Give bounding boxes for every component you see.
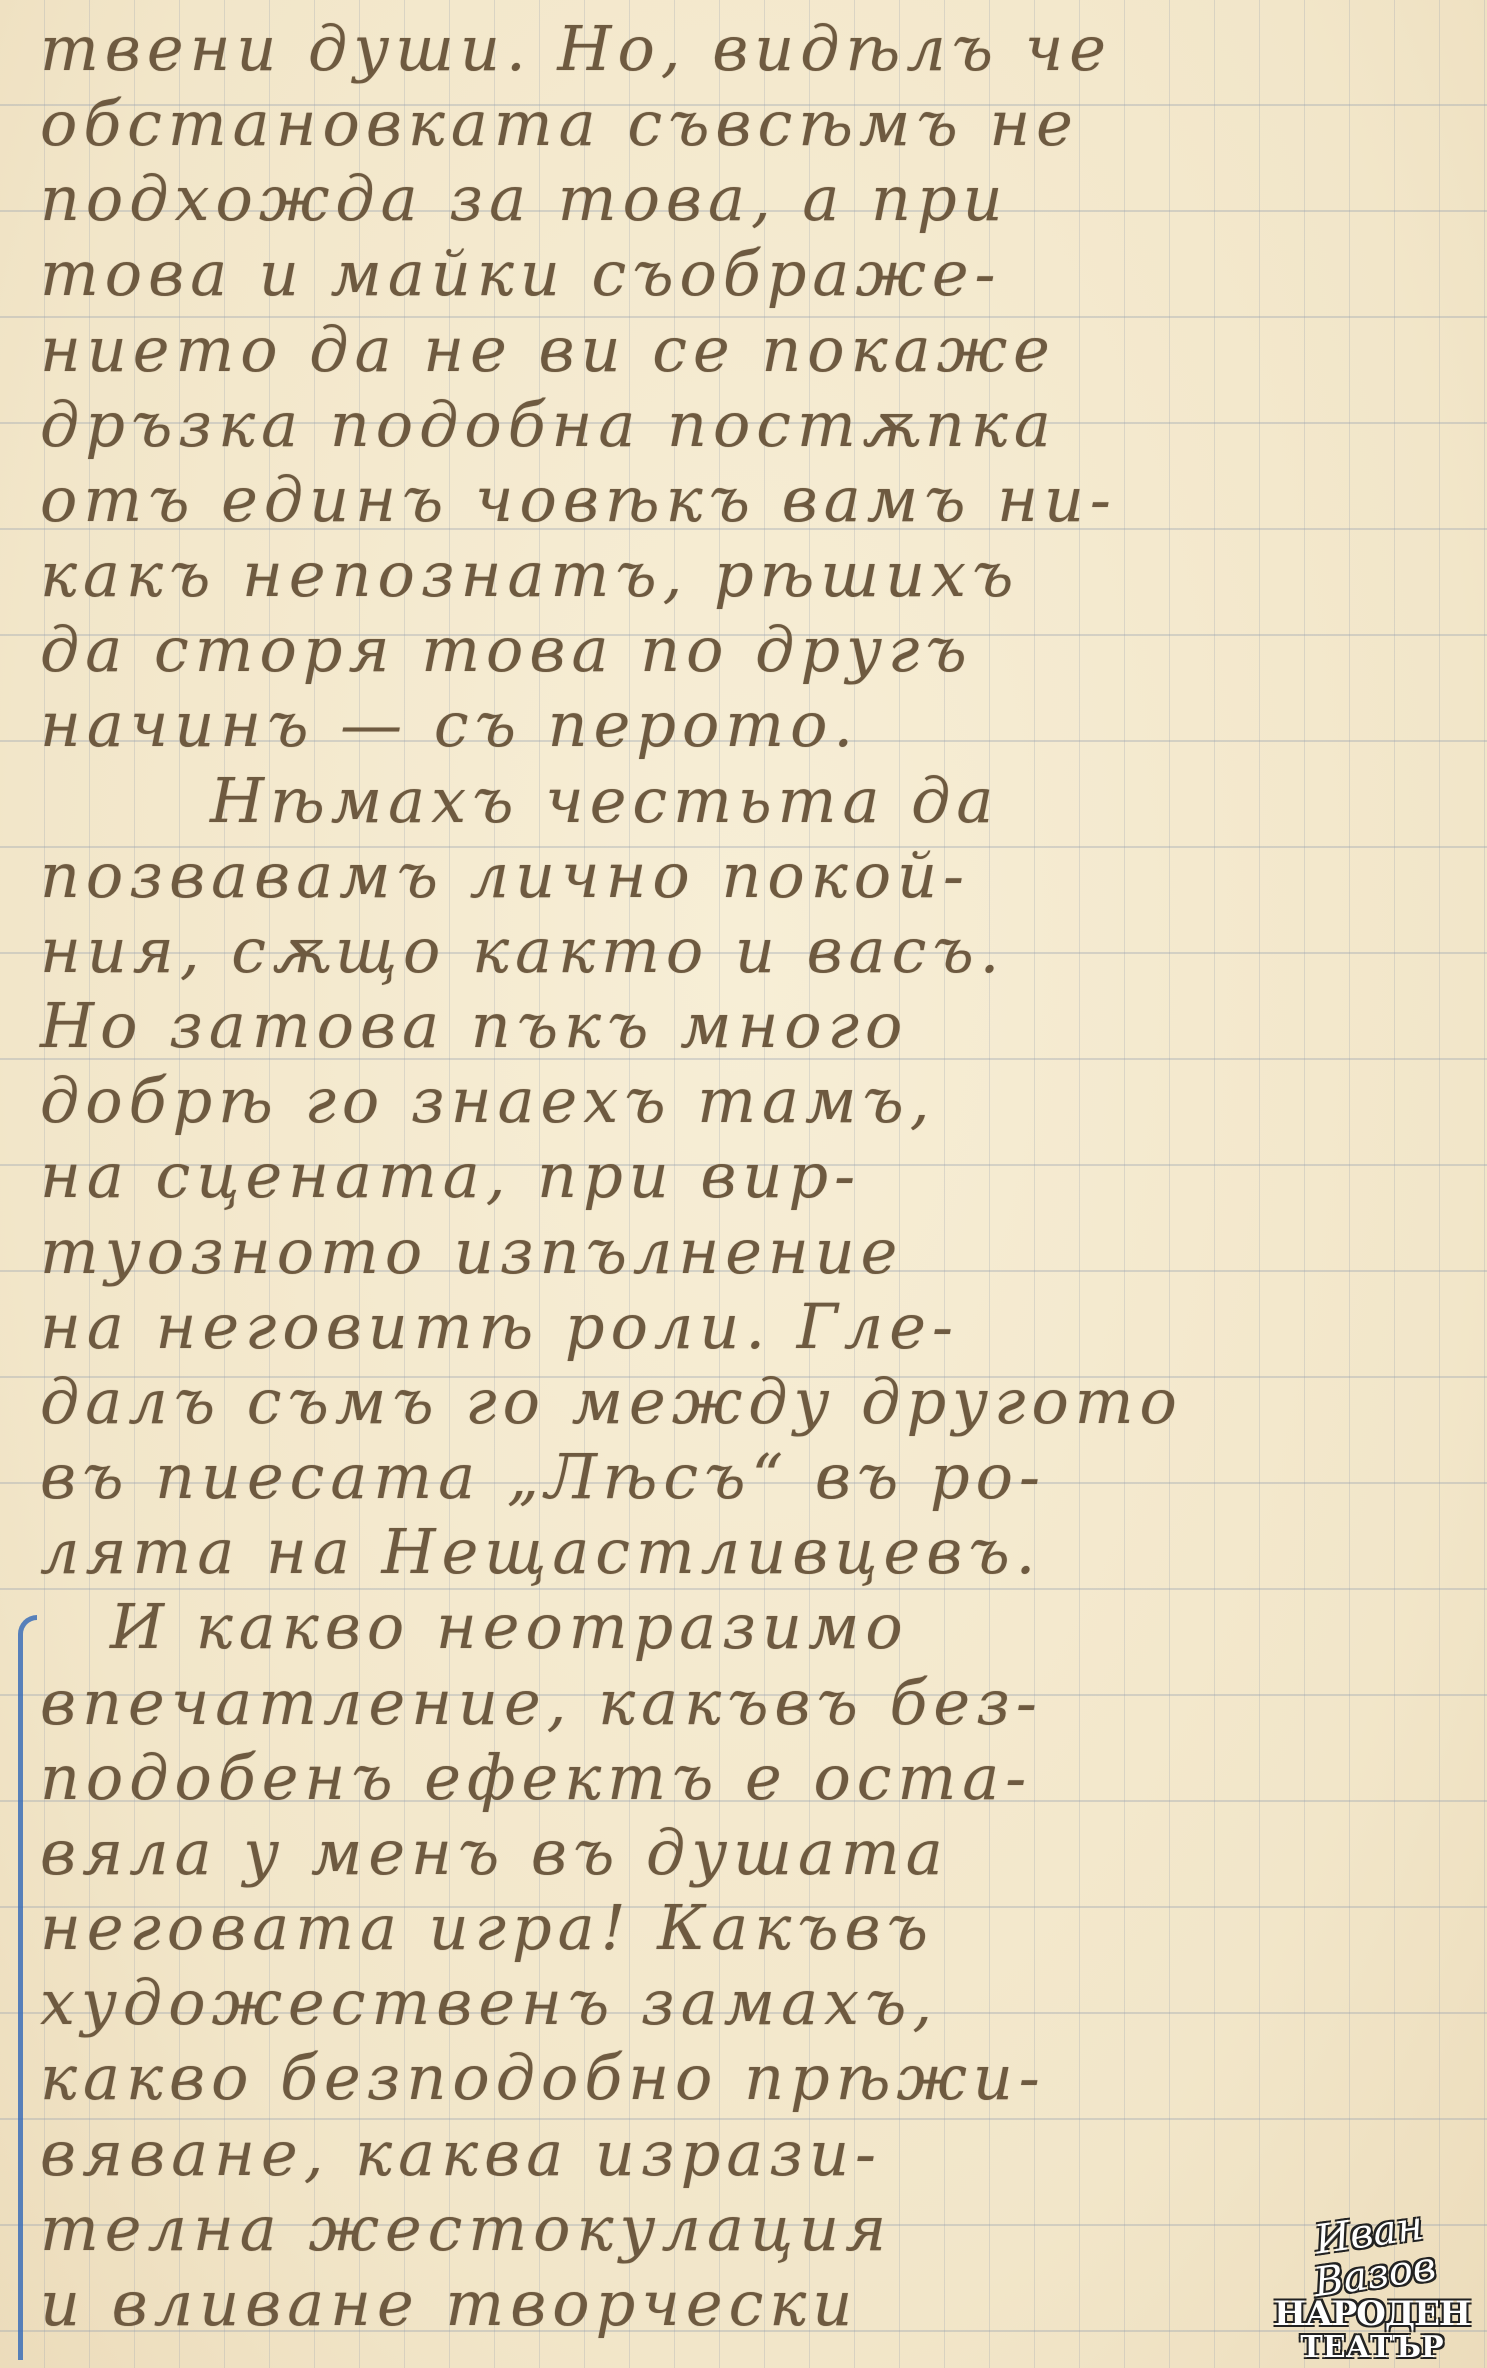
- text-line: художественъ замахъ,: [40, 1972, 1457, 2034]
- text-line: на сцената, при вир-: [40, 1145, 1457, 1207]
- text-line: отъ единъ човѣкъ вамъ ни-: [40, 469, 1457, 531]
- national-theatre-logo: Иван Вазов НАРОДЕН ТЕАТЪР: [1272, 2212, 1472, 2364]
- text-line: ния, сѫщо както и васъ.: [40, 920, 1457, 982]
- text-line: обстановката съвсѣмъ не: [40, 93, 1457, 155]
- text-line: начинъ — съ перото.: [40, 694, 1457, 756]
- logo-signature: Иван Вазов: [1267, 2198, 1477, 2309]
- blue-margin-bracket: [18, 1615, 37, 2360]
- text-line: въ пиесата „Лѣсъ“ въ ро-: [40, 1446, 1457, 1508]
- text-line: и вливане творчески: [40, 2273, 1457, 2335]
- paragraph-start-line: Нѣмахъ честьта да: [210, 770, 1457, 832]
- text-line: Но затова пъкъ много: [40, 995, 1457, 1057]
- text-line: на неговитѣ роли. Гле-: [40, 1296, 1457, 1358]
- text-line: лята на Нещастливцевъ.: [40, 1521, 1457, 1583]
- text-line: вяване, каква изрази-: [40, 2123, 1457, 2185]
- text-line: да сторя това по другъ: [40, 619, 1457, 681]
- text-line: дръзка подобна постѫпка: [40, 394, 1457, 456]
- text-line: позвавамъ лично покой-: [40, 845, 1457, 907]
- text-line: вяла у менъ въ душата: [40, 1822, 1457, 1884]
- text-line: какъ непознатъ, рѣшихъ: [40, 544, 1457, 606]
- text-line: неговата игра! Какъвъ: [40, 1897, 1457, 1959]
- paragraph-start-line: И какво неотразимо: [110, 1596, 1457, 1658]
- text-line: нието да не ви се покаже: [40, 319, 1457, 381]
- text-line: подхожда за това, а при: [40, 168, 1457, 230]
- text-line: какво безподобно прѣжи-: [40, 2047, 1457, 2109]
- text-line: туозното изпълнение: [40, 1221, 1457, 1283]
- logo-line2: ТЕАТЪР: [1272, 2332, 1472, 2364]
- text-line: телна жестокулация: [40, 2198, 1457, 2260]
- text-line: твени души. Но, видѣлъ че: [40, 18, 1457, 80]
- text-line: това и майки съображе-: [40, 243, 1457, 305]
- text-line: впечатление, какъвъ без-: [40, 1672, 1457, 1734]
- text-line: подобенъ ефектъ е оста-: [40, 1747, 1457, 1809]
- text-line: добрѣ го знаехъ тамъ,: [40, 1070, 1457, 1132]
- text-line: далъ съмъ го между другото: [40, 1371, 1457, 1433]
- letter-page: твени души. Но, видѣлъ чеобстановката съ…: [0, 0, 1487, 2368]
